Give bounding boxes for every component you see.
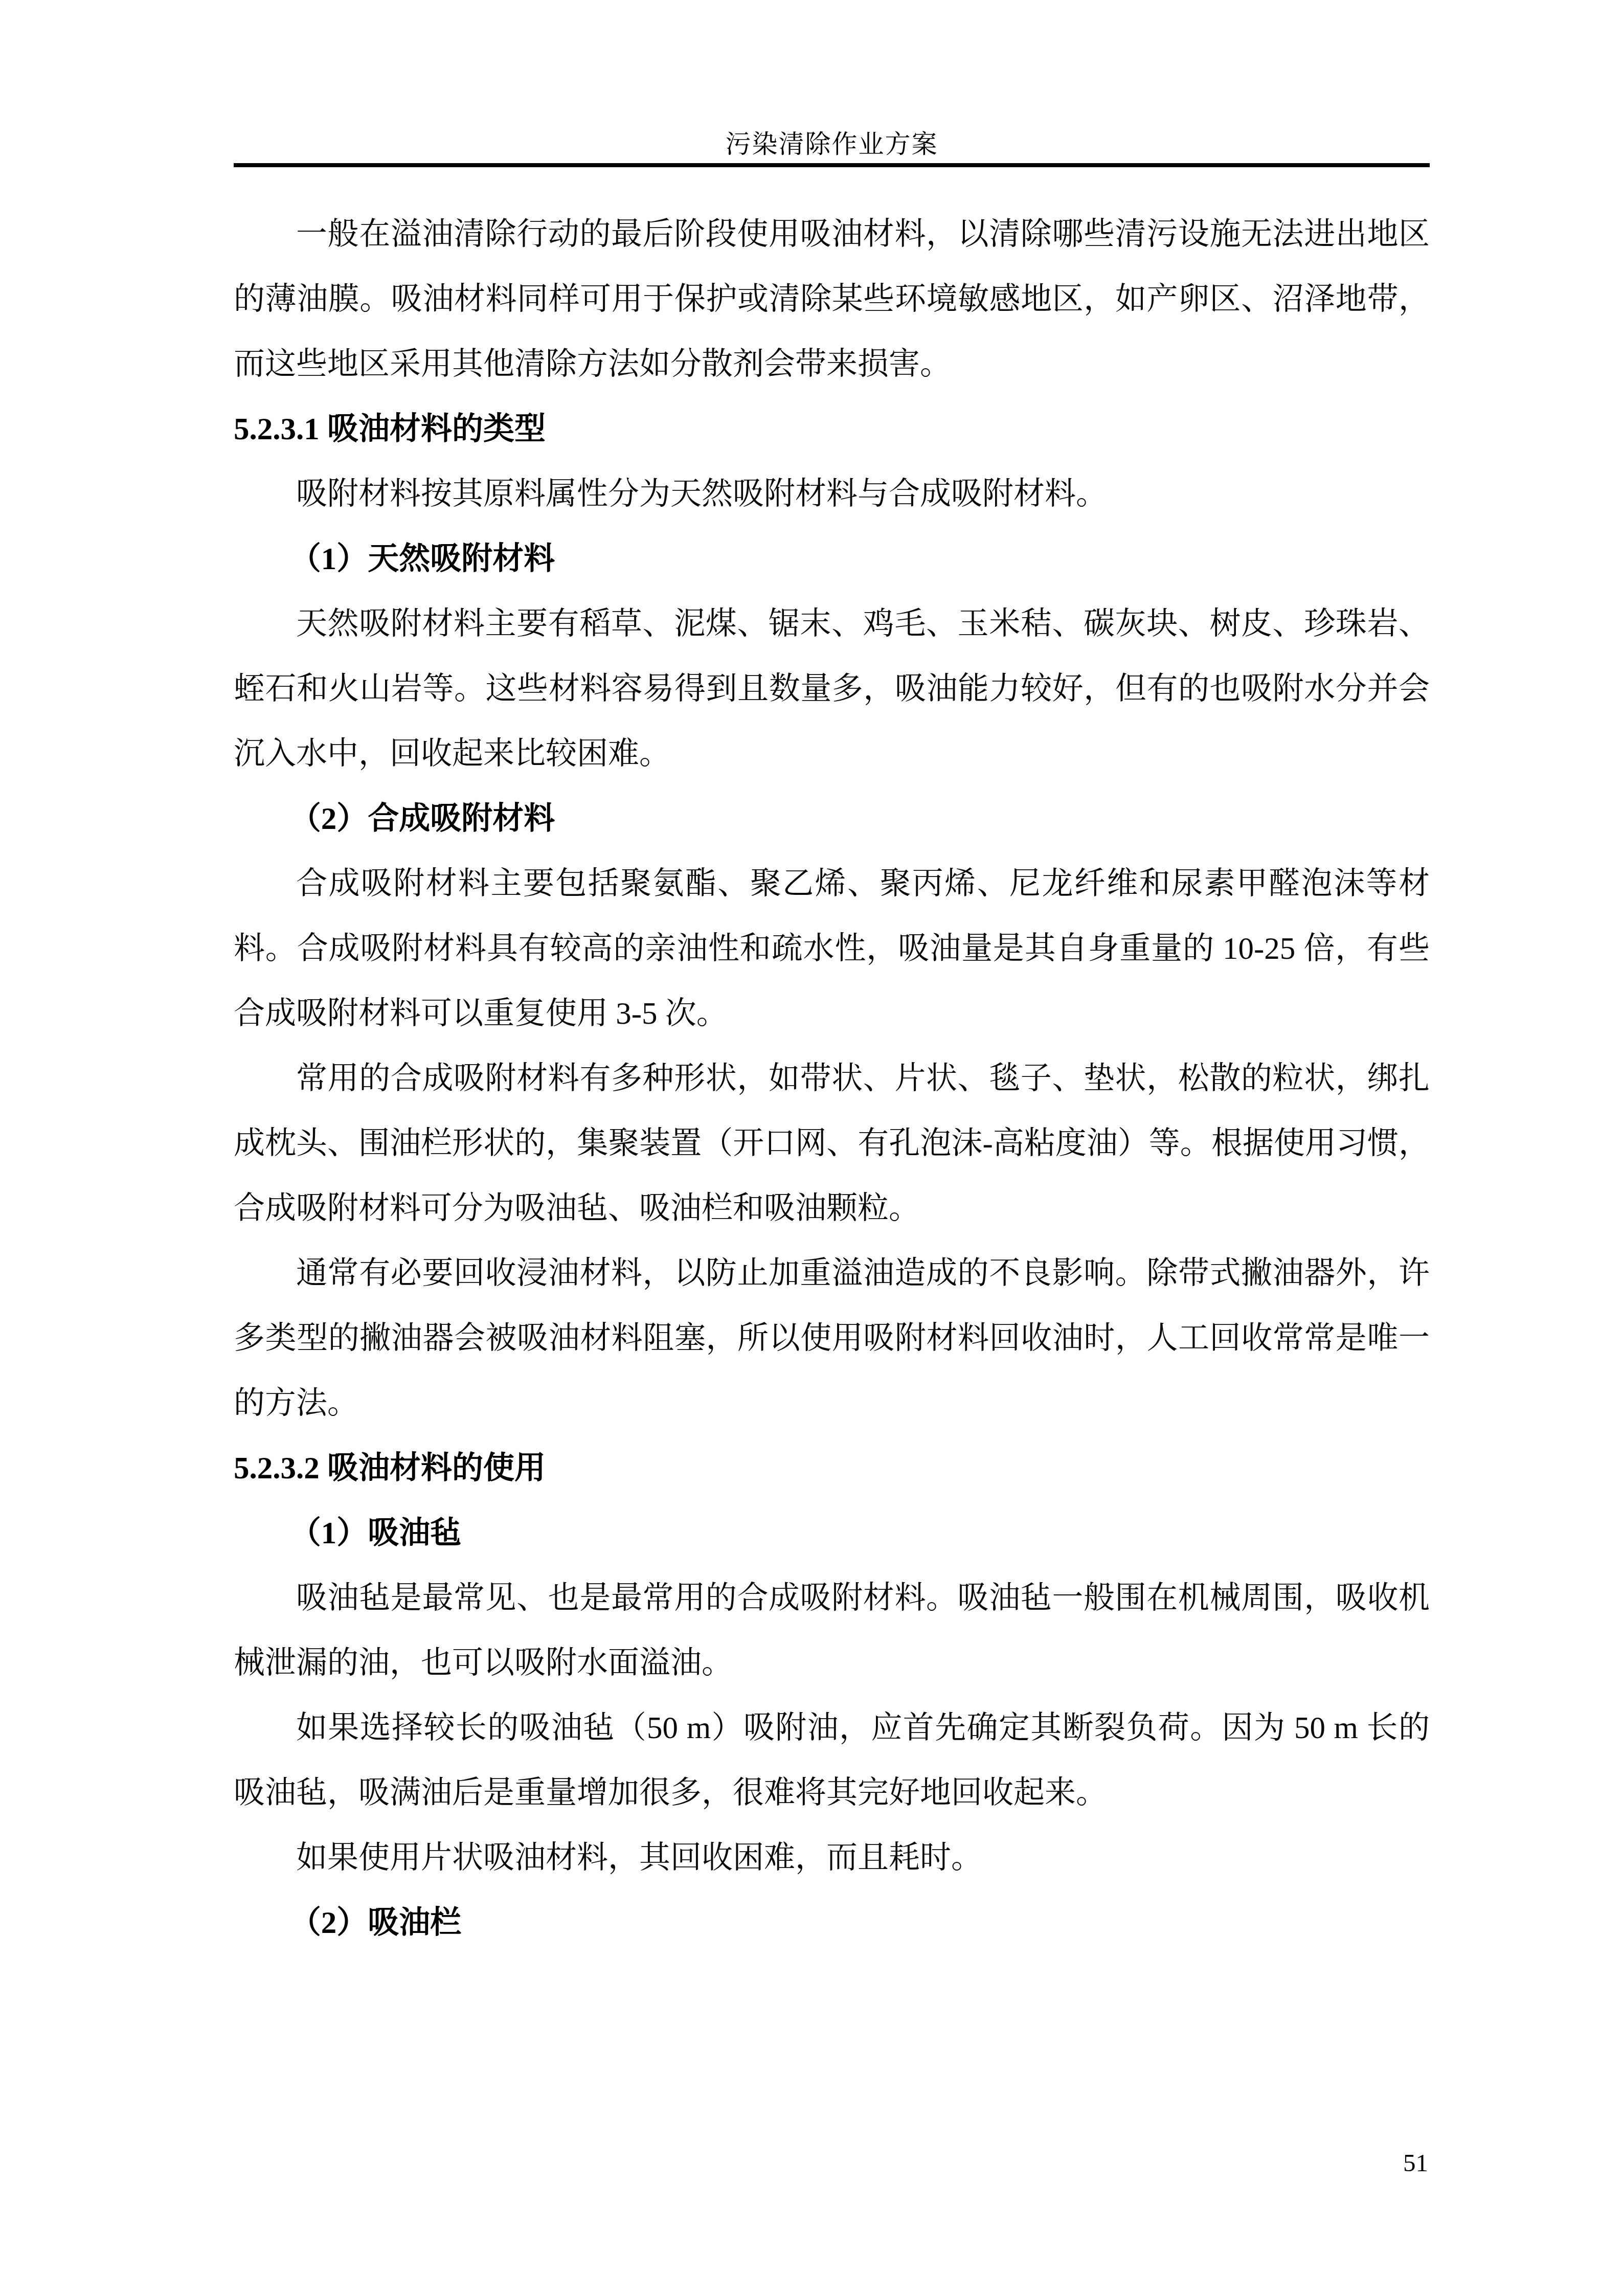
body-paragraph: 通常有必要回收浸油材料，以防止加重溢油造成的不良影响。除带式撇油器外，许多类型的… xyxy=(234,1241,1430,1436)
body-paragraph: 吸油毡是最常见、也是最常用的合成吸附材料。吸油毡一般围在机械周围，吸收机械泄漏的… xyxy=(234,1566,1430,1696)
sub-heading: （2）吸油栏 xyxy=(234,1890,1430,1955)
section-heading: 5.2.3.1 吸油材料的类型 xyxy=(234,397,1430,462)
body-paragraph: 如果使用片状吸油材料，其回收困难，而且耗时。 xyxy=(234,1826,1430,1890)
sub-heading: （1）天然吸附材料 xyxy=(234,527,1430,592)
sub-heading: （1）吸油毡 xyxy=(234,1501,1430,1566)
body-paragraph: 合成吸附材料主要包括聚氨酯、聚乙烯、聚丙烯、尼龙纤维和尿素甲醛泡沫等材料。合成吸… xyxy=(234,851,1430,1046)
sub-heading: （2）合成吸附材料 xyxy=(234,786,1430,851)
document-page: 污染清除作业方案 一般在溢油清除行动的最后阶段使用吸油材料，以清除哪些清污设施无… xyxy=(0,0,1623,2296)
body-paragraph: 一般在溢油清除行动的最后阶段使用吸油材料，以清除哪些清污设施无法进出地区的薄油膜… xyxy=(234,202,1430,397)
section-heading: 5.2.3.2 吸油材料的使用 xyxy=(234,1436,1430,1501)
document-body: 一般在溢油清除行动的最后阶段使用吸油材料，以清除哪些清污设施无法进出地区的薄油膜… xyxy=(234,202,1430,1955)
page-header: 污染清除作业方案 xyxy=(234,0,1430,167)
body-paragraph: 常用的合成吸附材料有多种形状，如带状、片状、毯子、垫状，松散的粒状，绑扎成枕头、… xyxy=(234,1046,1430,1241)
body-paragraph: 吸附材料按其原料属性分为天然吸附材料与合成吸附材料。 xyxy=(234,462,1430,527)
page-number: 51 xyxy=(1403,2148,1428,2178)
header-rule xyxy=(234,163,1430,167)
body-paragraph: 天然吸附材料主要有稻草、泥煤、锯末、鸡毛、玉米秸、碳灰块、树皮、珍珠岩、蛭石和火… xyxy=(234,592,1430,786)
page-header-title: 污染清除作业方案 xyxy=(234,129,1430,159)
body-paragraph: 如果选择较长的吸油毡（50 m）吸附油，应首先确定其断裂负荷。因为 50 m 长… xyxy=(234,1696,1430,1826)
